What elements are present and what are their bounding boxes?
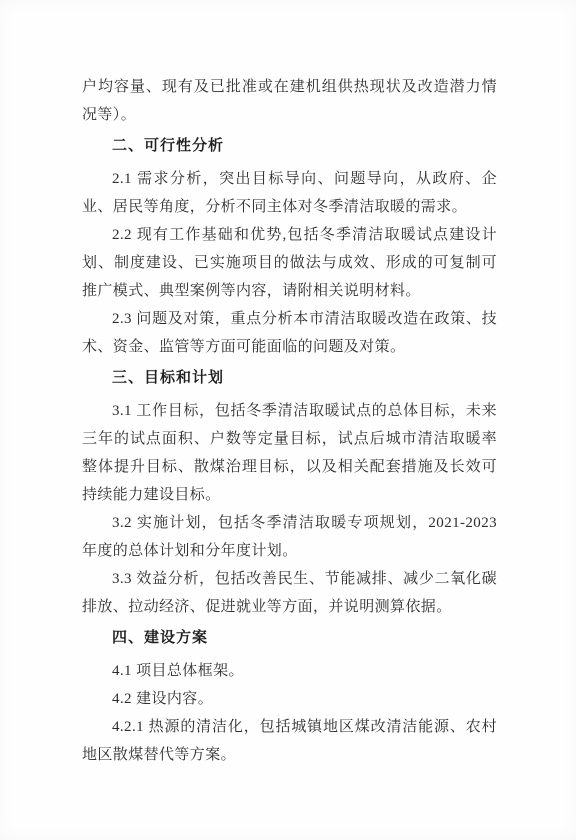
document-page: 户均容量、现有及已批准或在建机组供热现状及改造潜力情况等）。 二、可行性分析 2… xyxy=(0,0,576,840)
paragraph-2-3: 2.3 问题及对策，重点分析本市清洁取暖改造在政策、技术、资金、监管等方面可能面… xyxy=(82,305,497,361)
section-heading-goals: 三、目标和计划 xyxy=(82,364,497,392)
paragraph-3-2: 3.2 实施计划，包括冬季清洁取暖专项规划，2021-2023 年度的总体计划和… xyxy=(82,509,497,565)
paragraph-4-2-1: 4.2.1 热源的清洁化，包括城镇地区煤改清洁能源、农村地区散煤替代等方案。 xyxy=(82,713,497,769)
paragraph-continuation: 户均容量、现有及已批准或在建机组供热现状及改造潜力情况等）。 xyxy=(82,73,497,129)
paragraph-4-1: 4.1 项目总体框架。 xyxy=(82,657,497,685)
paragraph-3-1: 3.1 工作目标，包括冬季清洁取暖试点的总体目标，未来三年的试点面积、户数等定量… xyxy=(82,397,497,509)
paragraph-2-1: 2.1 需求分析，突出目标导向、问题导向，从政府、企业、居民等角度，分析不同主体… xyxy=(82,165,497,221)
section-heading-plan: 四、建设方案 xyxy=(82,624,497,652)
section-heading-feasibility: 二、可行性分析 xyxy=(82,132,497,160)
paragraph-2-2: 2.2 现有工作基础和优势,包括冬季清洁取暖试点建设计划、制度建设、已实施项目的… xyxy=(82,221,497,305)
paragraph-3-3: 3.3 效益分析，包括改善民生、节能减排、减少二氧化碳排放、拉动经济、促进就业等… xyxy=(82,565,497,621)
paragraph-4-2: 4.2 建设内容。 xyxy=(82,685,497,713)
